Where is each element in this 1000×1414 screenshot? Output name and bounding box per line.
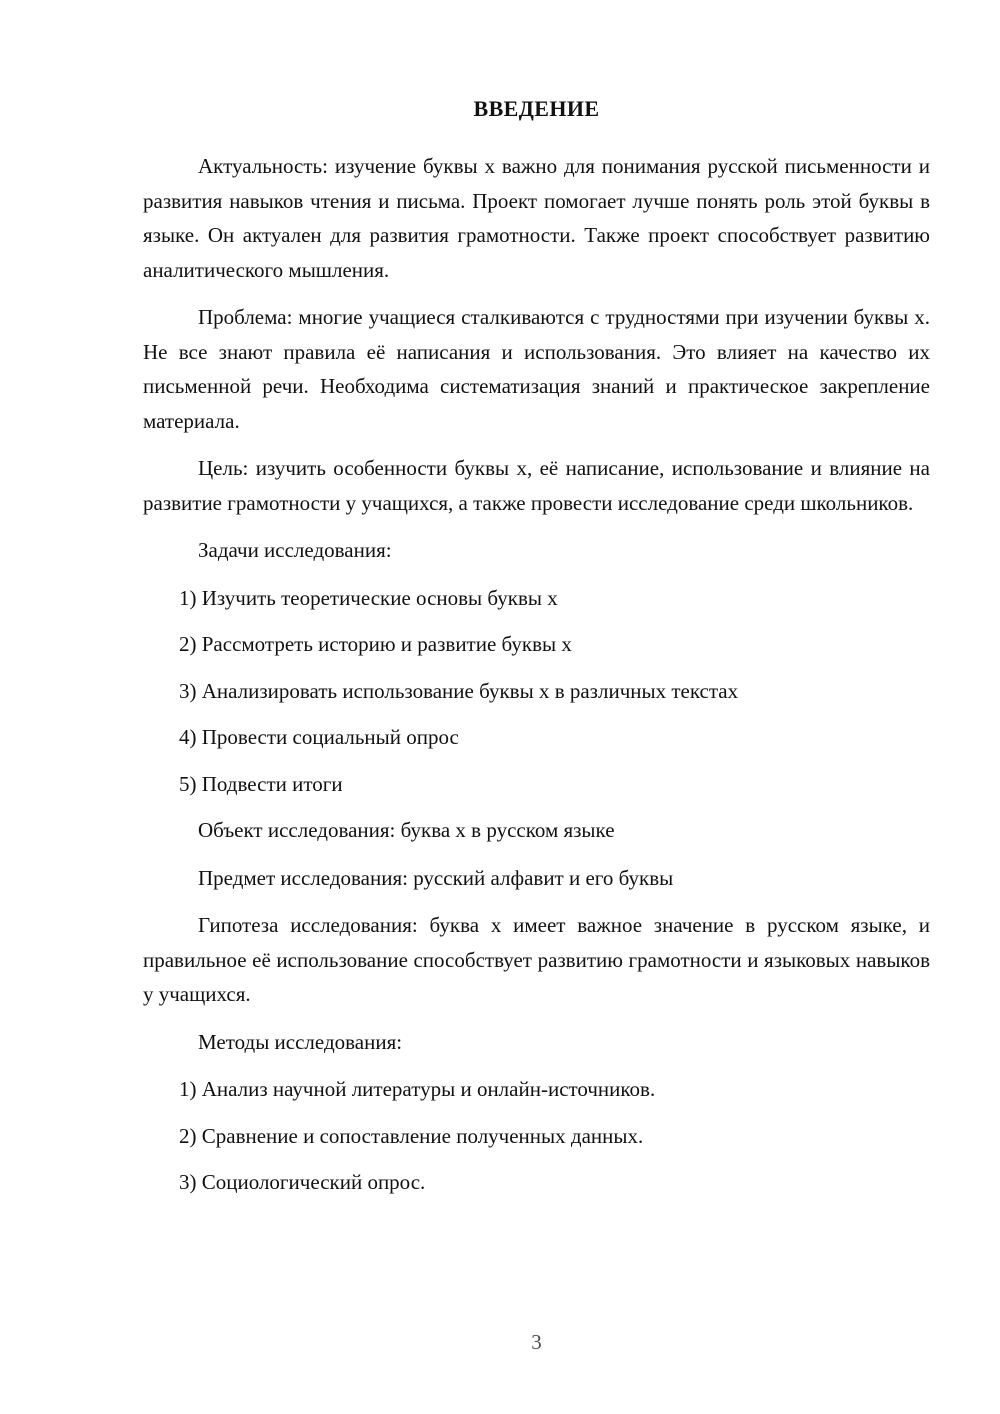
paragraph-hypothesis: Гипотеза исследования: буква х имеет важ… <box>143 908 930 1012</box>
task-item: 1) Изучить теоретические основы буквы х <box>143 581 930 616</box>
method-text: Сравнение и сопоставление полученных дан… <box>202 1124 643 1148</box>
method-item: 2) Сравнение и сопоставление полученных … <box>143 1119 930 1154</box>
task-number: 5) <box>179 772 197 796</box>
paragraph-object: Объект исследования: буква х в русском я… <box>143 813 930 848</box>
task-text: Провести социальный опрос <box>202 725 459 749</box>
method-text: Социологический опрос. <box>202 1170 426 1194</box>
task-text: Рассмотреть историю и развитие буквы х <box>202 632 572 656</box>
method-item: 1) Анализ научной литературы и онлайн-ис… <box>143 1072 930 1107</box>
method-number: 2) <box>179 1124 197 1148</box>
paragraph-goal: Цель: изучить особенности буквы х, её на… <box>143 451 930 520</box>
task-number: 3) <box>179 679 197 703</box>
method-number: 3) <box>179 1170 197 1194</box>
task-number: 1) <box>179 586 197 610</box>
task-item: 3) Анализировать использование буквы х в… <box>143 674 930 709</box>
page-number: 3 <box>143 1330 930 1355</box>
page-title: ВВЕДЕНИЕ <box>143 96 930 122</box>
task-text: Подвести итоги <box>202 772 343 796</box>
task-item: 2) Рассмотреть историю и развитие буквы … <box>143 627 930 662</box>
paragraph-subject: Предмет исследования: русский алфавит и … <box>143 861 930 896</box>
methods-heading: Методы исследования: <box>143 1025 930 1060</box>
task-text: Анализировать использование буквы х в ра… <box>202 679 738 703</box>
task-item: 4) Провести социальный опрос <box>143 720 930 755</box>
task-number: 2) <box>179 632 197 656</box>
task-text: Изучить теоретические основы буквы х <box>202 586 558 610</box>
paragraph-relevance: Актуальность: изучение буквы х важно для… <box>143 149 930 287</box>
method-text: Анализ научной литературы и онлайн-источ… <box>202 1077 655 1101</box>
task-number: 4) <box>179 725 197 749</box>
method-number: 1) <box>179 1077 197 1101</box>
tasks-heading: Задачи исследования: <box>143 533 930 568</box>
task-item: 5) Подвести итоги <box>143 767 930 802</box>
paragraph-problem: Проблема: многие учащиеся сталкиваются с… <box>143 300 930 438</box>
document-page: ВВЕДЕНИЕ Актуальность: изучение буквы х … <box>0 0 1000 1414</box>
method-item: 3) Социологический опрос. <box>143 1165 930 1200</box>
